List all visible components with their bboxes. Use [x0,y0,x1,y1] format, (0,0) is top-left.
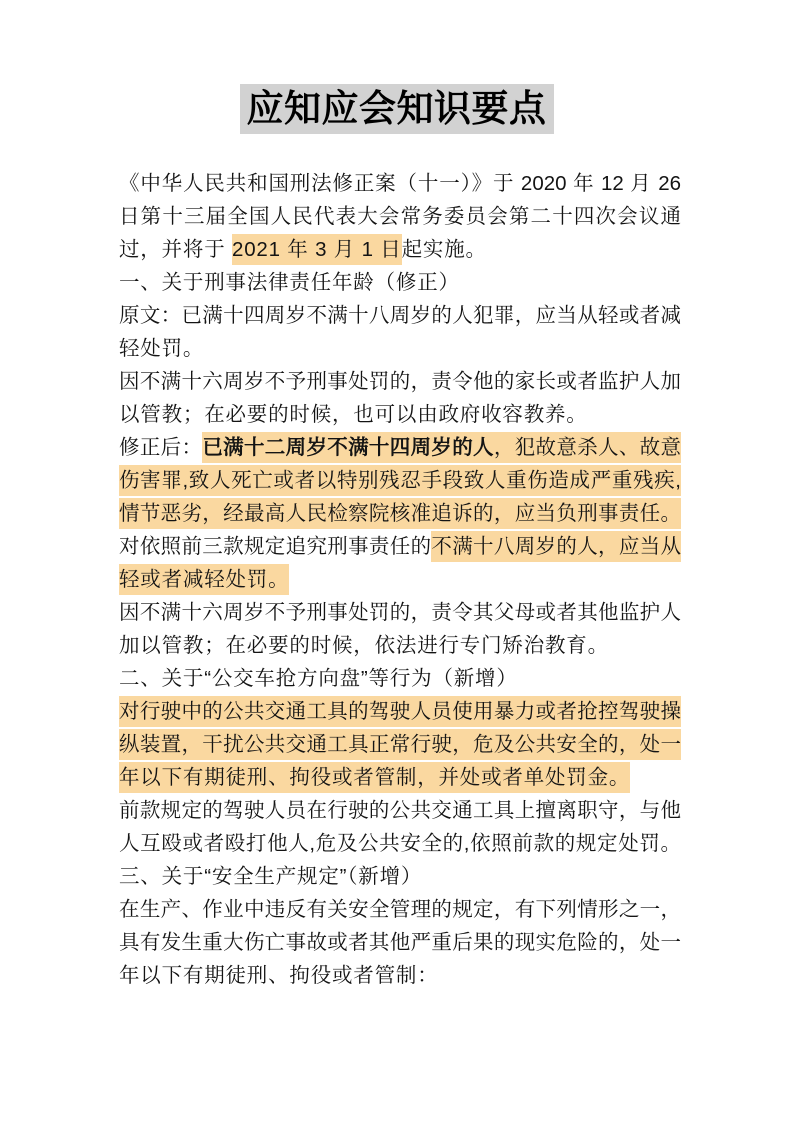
text-run: 日第十三届全国人民代表大会常务委员会第二十四次会议通 [119,205,681,228]
highlighted-text: 已满十二周岁不满十四周岁的人 [202,432,494,463]
text-run: 修正后： [119,436,202,459]
text-line: 因不满十六周岁不予刑事处罚的，责令他的家长或者监护人加 [119,365,681,398]
text-line: 日第十三届全国人民代表大会常务委员会第二十四次会议通 [119,200,681,233]
text-run: 一、关于刑事法律责任年龄（修正） [119,271,460,294]
highlighted-text: ，犯故意杀人、故意 [494,432,681,463]
highlighted-text: 情节恶劣，经最高人民检察院核准追诉的，应当负刑事责任。 [119,498,681,529]
text-line: 轻或者减轻处罚。 [119,563,681,596]
text-run: 前款规定的驾驶人员在行驶的公共交通工具上擅离职守，与他 [119,799,681,822]
text-run: 因不满十六周岁不予刑事处罚的，责令他的家长或者监护人加 [119,370,681,393]
text-run: 二、关于“公交车抢方向盘”等行为（新增） [119,667,518,690]
highlighted-text: 轻或者减轻处罚。 [119,564,289,595]
text-line: 伤害罪,致人死亡或者以特别残忍手段致人重伤造成严重残疾, [119,464,681,497]
text-line: 因不满十六周岁不予刑事处罚的，责令其父母或者其他监护人 [119,596,681,629]
text-line: 原文：已满十四周岁不满十八周岁的人犯罪，应当从轻或者减 [119,299,681,332]
document-page: 应知应会知识要点 《中华人民共和国刑法修正案（十一）》于 2020 年 12 月… [0,0,793,1122]
highlighted-text: 年以下有期徒刑、拘役或者管制，并处或者单处罚金。 [119,762,630,793]
text-line: 年以下有期徒刑、拘役或者管制： [119,959,681,992]
text-run: 年以下有期徒刑、拘役或者管制： [119,964,439,987]
text-run: 轻处罚。 [119,337,204,360]
title-row: 应知应会知识要点 [0,84,793,134]
text-run: 原文：已满十四周岁不满十八周岁的人犯罪，应当从轻或者减 [119,304,681,327]
document-body: 《中华人民共和国刑法修正案（十一）》于 2020 年 12 月 26日第十三届全… [119,167,681,992]
text-run: 加以管教；在必要的时候，依法进行专门矫治教育。 [119,634,609,657]
text-line: 具有发生重大伤亡事故或者其他严重后果的现实危险的，处一 [119,926,681,959]
highlighted-text: 对行驶中的公共交通工具的驾驶人员使用暴力或者抢控驾驶操 [119,696,681,727]
text-line: 二、关于“公交车抢方向盘”等行为（新增） [119,662,681,695]
text-line: 加以管教；在必要的时候，依法进行专门矫治教育。 [119,629,681,662]
text-run: 过，并将于 [119,238,232,261]
text-line: 过，并将于 2021 年 3 月 1 日起实施。 [119,233,681,266]
text-line: 情节恶劣，经最高人民检察院核准追诉的，应当负刑事责任。 [119,497,681,530]
highlighted-text: 伤害罪,致人死亡或者以特别残忍手段致人重伤造成严重残疾, [119,465,681,496]
text-line: 人互殴或者殴打他人,危及公共安全的,依照前款的规定处罚。 [119,827,681,860]
text-line: 一、关于刑事法律责任年龄（修正） [119,266,681,299]
text-run: 具有发生重大伤亡事故或者其他严重后果的现实危险的，处一 [119,931,681,954]
text-line: 对行驶中的公共交通工具的驾驶人员使用暴力或者抢控驾驶操 [119,695,681,728]
text-run: 《中华人民共和国刑法修正案（十一）》于 2020 年 12 月 26 [119,172,681,195]
text-line: 年以下有期徒刑、拘役或者管制，并处或者单处罚金。 [119,761,681,794]
text-run: 三、关于“安全生产规定”（新增） [119,865,422,888]
text-line: 对依照前三款规定追究刑事责任的不满十八周岁的人，应当从 [119,530,681,563]
text-run: 人互殴或者殴打他人,危及公共安全的,依照前款的规定处罚。 [119,832,681,855]
text-run: 因不满十六周岁不予刑事处罚的，责令其父母或者其他监护人 [119,601,681,624]
text-run: 以管教；在必要的时候，也可以由政府收容教养。 [119,403,588,426]
highlighted-text: 纵装置，干扰公共交通工具正常行驶，危及公共安全的，处一 [119,729,681,760]
text-run: 起实施。 [402,238,487,261]
text-line: 三、关于“安全生产规定”（新增） [119,860,681,893]
page-title: 应知应会知识要点 [240,84,554,134]
text-run: 对依照前三款规定追究刑事责任的 [119,535,431,558]
text-line: 《中华人民共和国刑法修正案（十一）》于 2020 年 12 月 26 [119,167,681,200]
text-line: 前款规定的驾驶人员在行驶的公共交通工具上擅离职守，与他 [119,794,681,827]
text-line: 纵装置，干扰公共交通工具正常行驶，危及公共安全的，处一 [119,728,681,761]
text-line: 在生产、作业中违反有关安全管理的规定，有下列情形之一， [119,893,681,926]
text-line: 以管教；在必要的时候，也可以由政府收容教养。 [119,398,681,431]
highlighted-text: 不满十八周岁的人，应当从 [431,531,681,562]
text-line: 轻处罚。 [119,332,681,365]
text-line: 修正后：已满十二周岁不满十四周岁的人，犯故意杀人、故意 [119,431,681,464]
text-run: 在生产、作业中违反有关安全管理的规定，有下列情形之一， [119,898,681,921]
highlighted-text: 2021 年 3 月 1 日 [232,234,402,265]
